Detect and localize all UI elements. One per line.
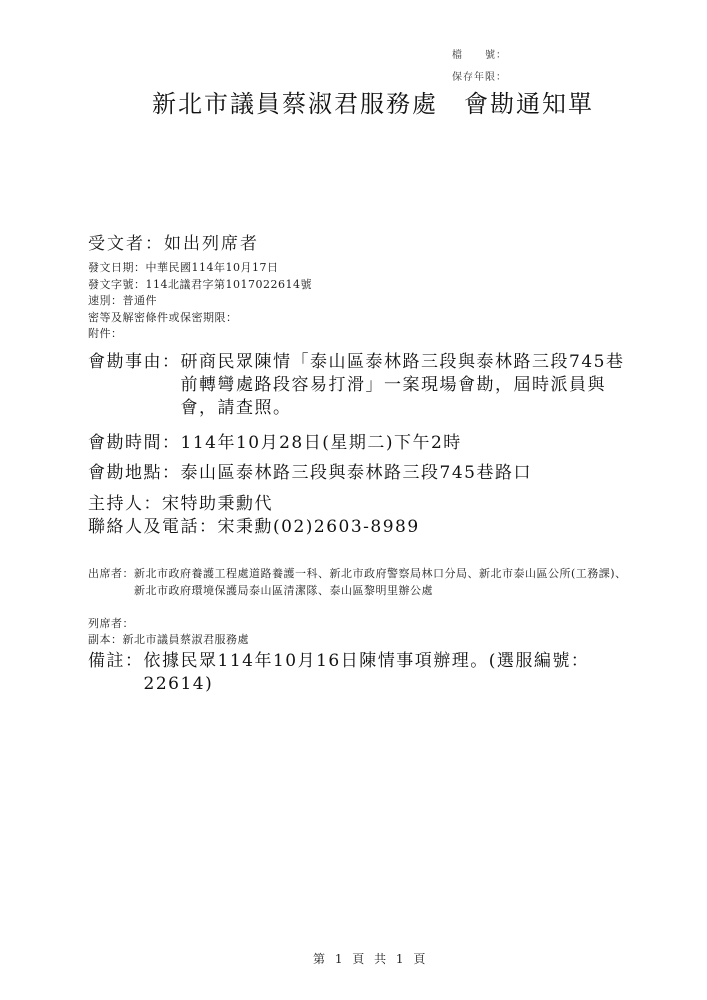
inspection-reason-row: 會勘事由： 研商民眾陳情「泰山區泰林路三段與泰林路三段745巷前轉彎處路段容易打… (88, 351, 628, 420)
speed-value: 普通件 (123, 294, 158, 307)
inspection-time-value: 114年10月28日(星期二)下午2時 (181, 433, 462, 453)
page-number: 第 1 頁 共 1 頁 (313, 950, 428, 967)
contact-value: 宋秉勳(02)2603-8989 (218, 517, 420, 537)
recipient-value: 如出列席者 (164, 234, 259, 254)
inspection-location-value: 泰山區泰林路三段與泰林路三段745巷路口 (181, 463, 532, 483)
copy-label: 副本： (88, 633, 123, 646)
host-label: 主持人： (88, 494, 162, 514)
attendees-value: 新北市政府養護工程處道路養護一科、新北市政府警察局林口分局、新北市泰山區公所(工… (134, 566, 628, 599)
attachment-label: 附件： (88, 327, 123, 340)
secrecy-label: 密等及解密條件或保密期限： (88, 311, 238, 324)
remarks-value: 依據民眾114年10月16日陳情事項辦理。(選服編號：22614) (144, 650, 599, 696)
recipient-label: 受文者： (88, 234, 164, 254)
attendees-row: 出席者： 新北市政府養護工程處道路養護一科、新北市政府警察局林口分局、新北市泰山… (88, 566, 628, 599)
host-row: 主持人：宋特助秉勳代 (88, 493, 273, 516)
inspection-location-row: 會勘地點：泰山區泰林路三段與泰林路三段745巷路口 (88, 462, 532, 485)
issue-date-row: 發文日期：中華民國114年10月17日 (88, 260, 312, 277)
issue-number-value: 114北議君字第1017022614號 (146, 278, 312, 291)
recipient-line: 受文者：如出列席者 (88, 229, 259, 254)
observers-row: 列席者： (88, 616, 134, 633)
copy-row: 副本：新北市議員蔡淑君服務處 (88, 632, 249, 649)
issue-info-block: 發文日期：中華民國114年10月17日 發文字號：114北議君字第1017022… (88, 260, 312, 343)
speed-row: 速別：普通件 (88, 293, 312, 310)
inspection-location-label: 會勘地點： (88, 463, 181, 483)
remarks-label: 備註： (88, 650, 144, 696)
inspection-reason-label: 會勘事由： (88, 351, 181, 420)
document-title: 新北市議員蔡淑君服務處會勘通知單 (152, 84, 594, 119)
issue-number-label: 發文字號： (88, 278, 146, 291)
issue-number-row: 發文字號：114北議君字第1017022614號 (88, 277, 312, 294)
remarks-row: 備註： 依據民眾114年10月16日陳情事項辦理。(選服編號：22614) (88, 650, 598, 696)
attachment-row: 附件： (88, 326, 312, 343)
retention-period-label: 保存年限： (452, 68, 507, 83)
copy-value: 新北市議員蔡淑君服務處 (123, 633, 250, 646)
inspection-time-row: 會勘時間：114年10月28日(星期二)下午2時 (88, 432, 462, 455)
issue-date-value: 中華民國114年10月17日 (146, 261, 279, 274)
file-number-label: 檔 號： (452, 46, 507, 61)
secrecy-row: 密等及解密條件或保密期限： (88, 310, 312, 327)
speed-label: 速別： (88, 294, 123, 307)
contact-row: 聯絡人及電話：宋秉勳(02)2603-8989 (88, 516, 420, 539)
title-office: 新北市議員蔡淑君服務處 (152, 90, 438, 118)
contact-label: 聯絡人及電話： (88, 517, 218, 537)
issue-date-label: 發文日期： (88, 261, 146, 274)
attendees-label: 出席者： (88, 566, 134, 599)
inspection-reason-value: 研商民眾陳情「泰山區泰林路三段與泰林路三段745巷前轉彎處路段容易打滑」一案現場… (181, 351, 629, 420)
host-value: 宋特助秉勳代 (162, 494, 273, 514)
observers-label: 列席者： (88, 617, 134, 630)
title-doc-type: 會勘通知單 (464, 90, 594, 118)
inspection-time-label: 會勘時間： (88, 433, 181, 453)
